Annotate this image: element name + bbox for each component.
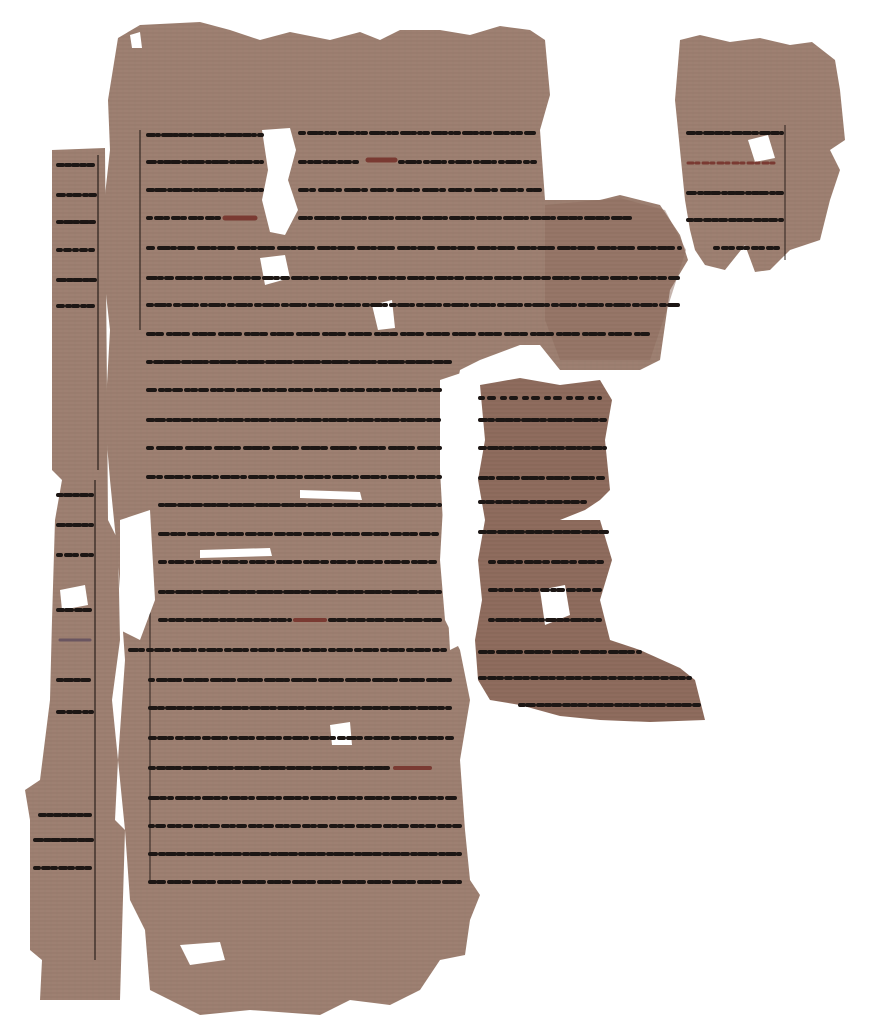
top-right-fragment — [675, 35, 845, 272]
main-sheet — [60, 22, 688, 1015]
middle-right-fragment — [475, 378, 705, 722]
papyrus-photograph — [0, 0, 870, 1024]
